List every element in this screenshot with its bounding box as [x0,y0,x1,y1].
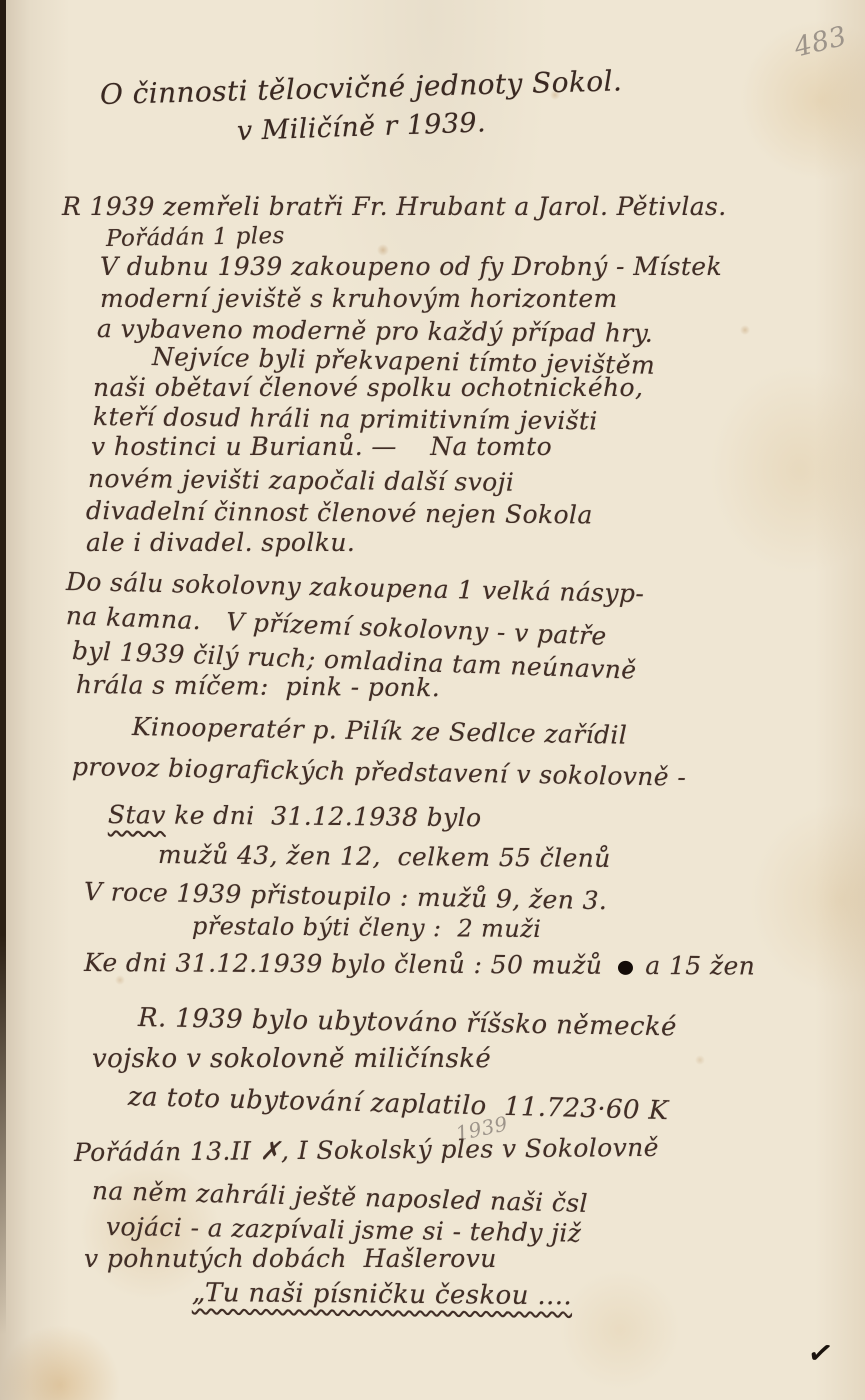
handwritten-line: R 1939 zemřeli bratři Fr. Hrubant a Jaro… [62,192,727,221]
handwritten-line: R. 1939 bylo ubytováno říšsko německé [138,1003,677,1042]
checkmark: ✓ [805,1334,836,1373]
handwritten-line-membership-header: Stav ke dni 31.12.1938 bylo [108,800,482,832]
handwritten-line: v pohnutých dobách Hašlerovu [84,1244,497,1273]
handwritten-line: naši obětaví členové spolku ochotnického… [93,373,643,402]
line-part: a 15 žen [645,951,755,981]
handwritten-line: Pořádán 13.II ✗, I Sokolský ples v Sokol… [74,1133,659,1167]
handwritten-line: mužů 43, žen 12, celkem 55 členů [158,840,611,873]
handwritten-line: divadelní činnost členové nejen Sokola [86,496,593,529]
handwritten-line: v hostinci u Burianů. — Na tomto [91,432,552,461]
handwritten-line: hrála s míčem: pink - ponk. [76,670,440,702]
handwritten-line: provoz biografických představení v sokol… [72,752,687,792]
handwritten-line-song-title: „Tu naši písničku českou .... [192,1278,572,1311]
handwritten-line: Do sálu sokolovny zakoupena 1 velká násy… [66,567,645,608]
line-rest: ke dni 31.12.1938 bylo [166,801,482,833]
handwritten-line: V roce 1939 přistoupilo : mužů 9, žen 3. [84,877,608,915]
handwritten-line: za toto ubytování zaplatilo 11.723·60 K [128,1082,669,1126]
handwritten-line: Pořádán 1 ples [106,223,285,252]
page-number: 483 [791,21,850,64]
ink-blot [618,960,633,974]
underlined-word: Stav [108,800,166,830]
handwritten-line: vojáci - a zazpívali jsme si - tehdy již [106,1212,582,1248]
title-line-2: v Miličíně r 1939. [236,107,486,147]
line-part: Ke dni 31.12.1939 bylo členů : 50 mužů [84,948,603,980]
binding-shadow-edge [0,0,6,1335]
handwritten-line: přestalo býti členy : 2 muži [192,912,542,943]
scanned-page: 483 O činnosti tělocvičné jednoty Sokol.… [0,0,865,1400]
handwritten-line: novém jevišti započali další svoji [88,464,514,497]
handwritten-line: na něm zahráli ještě naposled naši čsl [92,1176,589,1218]
handwritten-line: ale i divadel. spolku. [86,528,355,557]
handwritten-line: vojsko v sokolovně miličínské [92,1044,491,1074]
handwritten-line: moderní jeviště s kruhovým horizontem [100,284,618,313]
title-line-1: O činnosti tělocvičné jednoty Sokol. [100,64,623,111]
handwritten-line: V dubnu 1939 zakoupeno od fy Drobný - Mí… [100,252,722,281]
handwritten-line: kteří dosud hráli na primitivním jevišti [93,402,598,435]
handwritten-line-1939-status: Ke dni 31.12.1939 bylo členů : 50 mužůa … [84,948,755,981]
handwritten-line: Kinooperatér p. Pilík ze Sedlce zařídil [132,712,628,750]
